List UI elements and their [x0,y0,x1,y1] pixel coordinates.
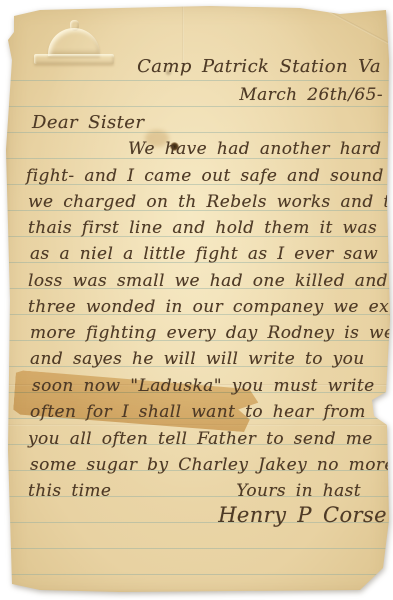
heading-date: March 26th/65- [239,82,383,108]
letter-line: three wonded in our companey we expect [28,294,393,320]
letter-line: thais first line and hold them it was [28,215,377,241]
letter-line: you all often tell Father to send me [28,426,373,452]
letter-line: soon now "Laduska" you must write [32,373,375,399]
scan-background: Camp Patrick Station Va March 26th/65- D… [0,0,393,600]
embossed-crest-base [34,54,114,64]
closing-left: this time [28,478,111,504]
embossed-crest-icon [34,20,114,66]
heading-place: Camp Patrick Station Va [137,54,381,80]
closing-line: this time Yours in hast [28,478,361,504]
letter-line: often for I shall want to hear from [30,399,366,425]
salutation: Dear Sister [32,110,144,136]
letter-line: as a niel a little fight as I ever saw o… [30,241,393,267]
letter-line: more fighting every day Rodney is well [30,320,393,346]
letter-line: fight- and I came out safe and sound [26,163,384,189]
letter-paper: Camp Patrick Station Va March 26th/65- D… [6,4,391,593]
closing-right: Yours in hast [236,478,361,504]
letter-line: loss was small we had one killed and [28,268,388,294]
letter-line: some sugar by Charley Jakey no more [30,452,393,478]
embossed-crest-dome [48,28,100,56]
letter-line: we charged on th Rebels works and took [28,189,393,215]
signature: Henry P Corse [218,502,387,528]
letter-line: and sayes he will will write to you [30,346,365,372]
fold-crease [327,10,393,49]
letter-line: We have had another hard [128,136,381,162]
